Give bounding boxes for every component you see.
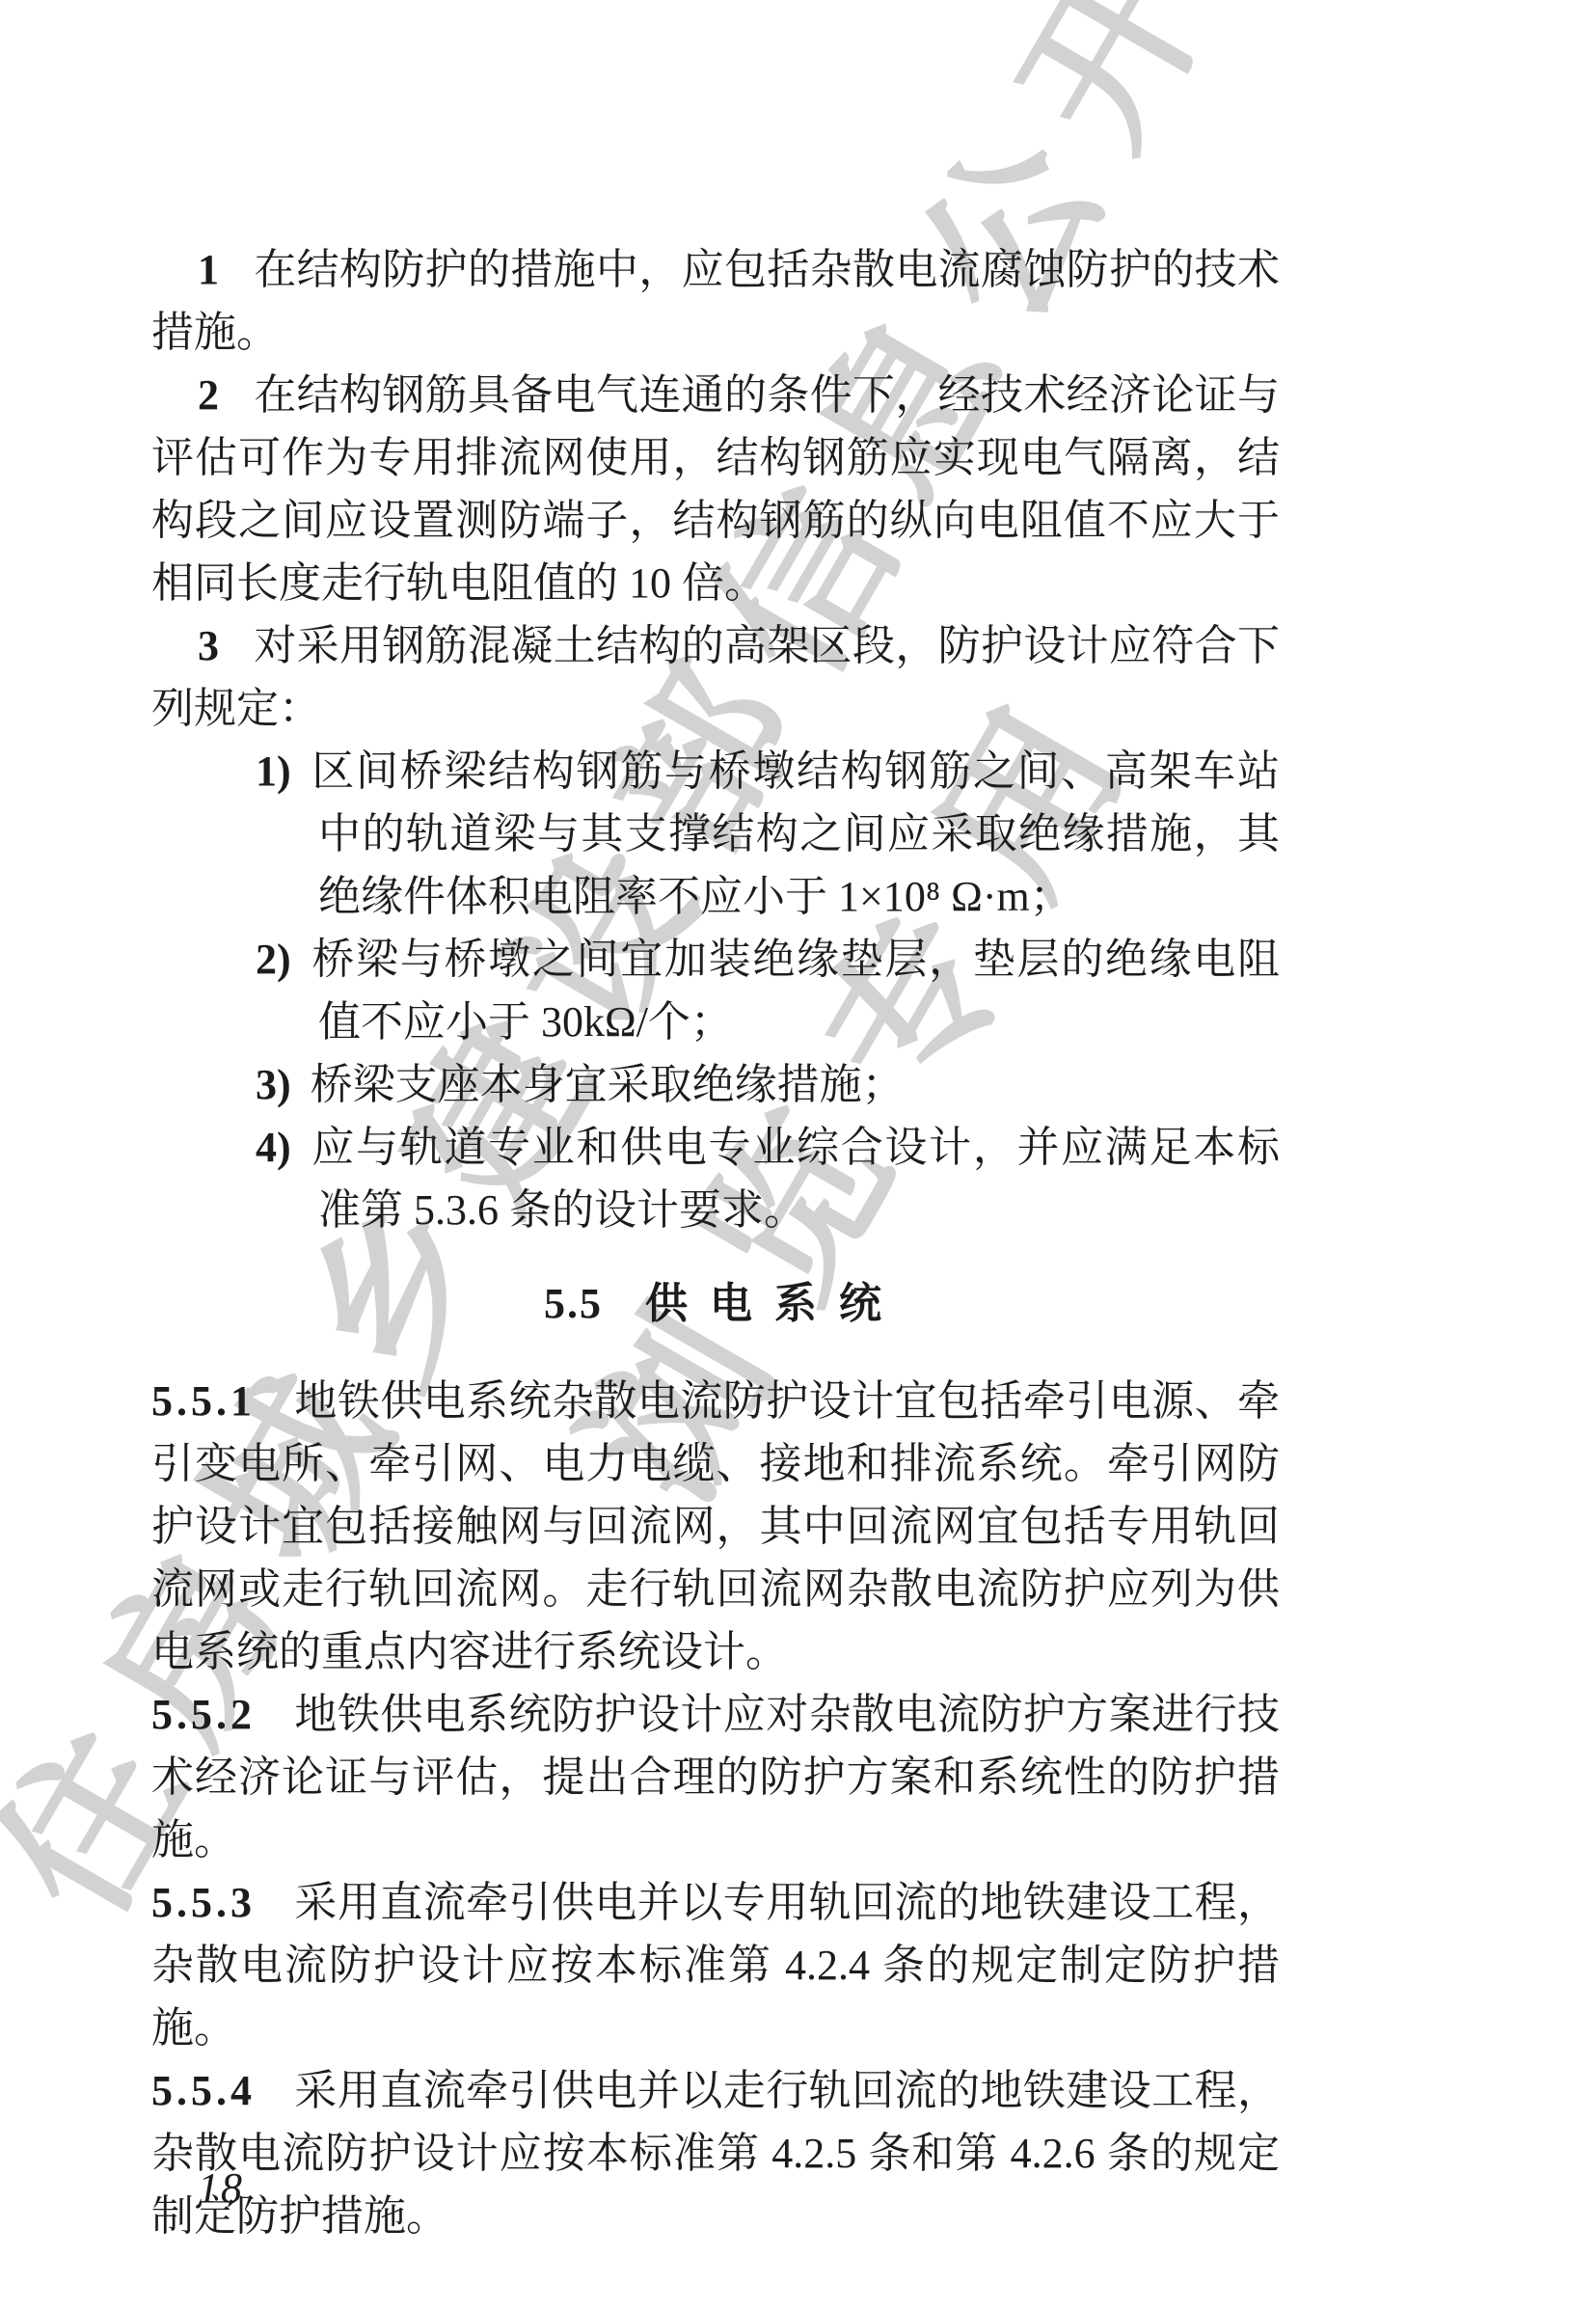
- section-title: 供 电 系 统: [645, 1280, 887, 1327]
- article-5-5-4-number: 5.5.4: [151, 2067, 256, 2114]
- clause-2: 2在结构钢筋具备电气连通的条件下，经技术经济论证与评估可作为专用排流网使用，结构…: [151, 364, 1280, 614]
- page-number: 18: [198, 2163, 244, 2213]
- document-page: 1在结构防护的措施中，应包括杂散电流腐蚀防护的技术措施。 2在结构钢筋具备电气连…: [151, 0, 1280, 2247]
- clause-3-number: 3: [198, 622, 219, 669]
- clause-2-number: 2: [198, 371, 219, 419]
- subclause-4-text: 应与轨道专业和供电专业综合设计，并应满足本标准第 5.3.6 条的设计要求。: [311, 1124, 1280, 1234]
- subclause-3-number: 3): [256, 1061, 291, 1108]
- clause-2-text: 在结构钢筋具备电气连通的条件下，经技术经济论证与评估可作为专用排流网使用，结构钢…: [151, 371, 1280, 607]
- article-5-5-1-number: 5.5.1: [151, 1377, 256, 1425]
- article-5-5-2-text: 地铁供电系统防护设计应对杂散电流防护方案进行技术经济论证与评估，提出合理的防护方…: [151, 1691, 1280, 1863]
- article-5-5-3-text: 采用直流牵引供电并以专用轨回流的地铁建设工程，杂散电流防护设计应按本标准第 4.…: [151, 1879, 1280, 2052]
- article-5-5-1: 5.5.1地铁供电系统杂散电流防护设计宜包括牵引电源、牵引变电所、牵引网、电力电…: [151, 1370, 1280, 1683]
- subclause-2: 2)桥梁与桥墩之间宜加装绝缘垫层，垫层的绝缘电阻值不应小于 30kΩ/个；: [151, 928, 1280, 1053]
- section-number: 5.5: [544, 1280, 603, 1327]
- article-5-5-2-number: 5.5.2: [151, 1691, 256, 1738]
- subclause-4-number: 4): [256, 1124, 291, 1171]
- subclause-3: 3)桥梁支座本身宜采取绝缘措施；: [151, 1053, 1280, 1116]
- article-5-5-4: 5.5.4采用直流牵引供电并以走行轨回流的地铁建设工程，杂散电流防护设计应按本标…: [151, 2059, 1280, 2247]
- clause-3-text: 对采用钢筋混凝土结构的高架区段，防护设计应符合下列规定：: [151, 622, 1280, 732]
- subclause-2-text: 桥梁与桥墩之间宜加装绝缘垫层，垫层的绝缘电阻值不应小于 30kΩ/个；: [311, 936, 1280, 1046]
- clause-1: 1在结构防护的措施中，应包括杂散电流腐蚀防护的技术措施。: [151, 238, 1280, 364]
- subclause-1: 1)区间桥梁结构钢筋与桥墩结构钢筋之间、高架车站中的轨道梁与其支撑结构之间应采取…: [151, 740, 1280, 928]
- clause-1-number: 1: [198, 246, 219, 293]
- subclause-2-number: 2): [256, 936, 291, 983]
- article-5-5-3-number: 5.5.3: [151, 1879, 256, 1926]
- article-5-5-4-text: 采用直流牵引供电并以走行轨回流的地铁建设工程，杂散电流防护设计应按本标准第 4.…: [151, 2067, 1280, 2240]
- subclause-3-text: 桥梁支座本身宜采取绝缘措施；: [311, 1061, 905, 1108]
- subclause-1-number: 1): [256, 748, 291, 795]
- clause-1-text: 在结构防护的措施中，应包括杂散电流腐蚀防护的技术措施。: [151, 246, 1280, 356]
- article-5-5-3: 5.5.3采用直流牵引供电并以专用轨回流的地铁建设工程，杂散电流防护设计应按本标…: [151, 1871, 1280, 2059]
- article-5-5-1-text: 地铁供电系统杂散电流防护设计宜包括牵引电源、牵引变电所、牵引网、电力电缆、接地和…: [151, 1377, 1280, 1675]
- clause-3: 3对采用钢筋混凝土结构的高架区段，防护设计应符合下列规定：: [151, 614, 1280, 740]
- subclause-4: 4)应与轨道专业和供电专业综合设计，并应满足本标准第 5.3.6 条的设计要求。: [151, 1116, 1280, 1241]
- section-heading: 5.5供 电 系 统: [151, 1272, 1280, 1335]
- subclause-1-text: 区间桥梁结构钢筋与桥墩结构钢筋之间、高架车站中的轨道梁与其支撑结构之间应采取绝缘…: [311, 748, 1280, 920]
- article-5-5-2: 5.5.2地铁供电系统防护设计应对杂散电流防护方案进行技术经济论证与评估，提出合…: [151, 1683, 1280, 1871]
